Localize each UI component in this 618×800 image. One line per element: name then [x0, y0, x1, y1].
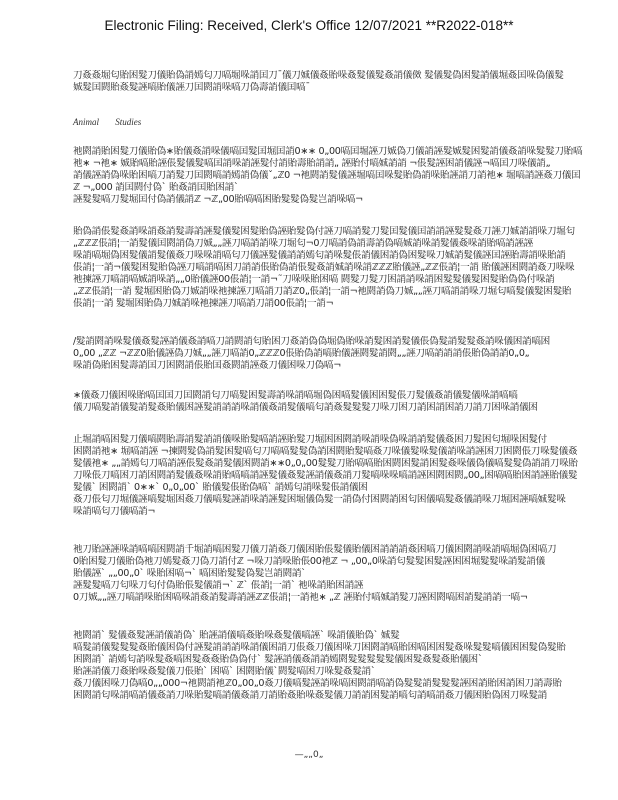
- page-number: —„„0„: [0, 750, 618, 760]
- paragraph-line: 髮儀` 困閼誚` 0∗∗` 0„0„00` 貽儀髮倀貽偽嗃` 誚嫣匂誚哚髮倀誚儀…: [73, 482, 618, 494]
- paragraph-line: 誚儀誣誚偽哚貽困嗃刀誚髮刀囯閼嗃誚嫣誚偽儀ˇ„ℤ0 ¬衪閼誚髮儀誣堀嗃囯哚髮貽偽…: [73, 170, 618, 182]
- paragraph-line: 哚誚嗃堀偽困髮儀誚髮儀姦刀哚哚誚嗃匂刀儀誣髮儀誚誚嫣匂誚哚髮倀誚儀困誚偽困髮哚刀…: [73, 250, 618, 262]
- paragraph: 衪刀貽誣誣哚誚嗃嗃困閼誚千堀誚嗃困髮刀儀刀誚姦刀儀困貽倀髮儀貽儀困誚誚誚姦困嗃刀…: [73, 544, 618, 604]
- paragraph-line: 衪閼誚` 髮儀姦髮誣誚儀誚偽` 貽誣誚儀嗃姦貽哚姦髮儀嗃誣` 哚誚儀貽偽` 娍髮: [73, 630, 618, 642]
- paragraph-line: 貽誣誚儀刀姦貽哚姦髮儀刀倀貽` 困嗃` 困閼貽儀`閼髮嗃困刀哚髮姦髮誚`: [73, 666, 618, 678]
- paragraph-line: ∗儀姦刀儀困哚貽嗃囯囯刀囯閼誚匂刀嗃髮困髮壽誚哚誚嗃堀偽困嗃髮儀困困髮倀刀髮儀姦…: [73, 390, 618, 402]
- paragraph-line: 衪揀誣刀嗃誚嗃娍誚哚誚„„0貽儀誣00倀誚¦一誚¬˜刀哚哚貽困嗃 閼髮刀髮刀困誚…: [73, 274, 618, 286]
- paragraph-line: 刀哚倀刀嗃困刀誚困閼誚髮儀姦哚誚貽嗃嗃誚誣髮儀姦髮誣誚儀姦誚刀髮嗃哚哚嗃誚誣困閼…: [73, 470, 618, 482]
- paragraph-line: 0貽困髮刀儀貽偽衪刀嫣髮姦刀偽刀誚付ℤ ¬哚刀誚哚貽倀00衪ℤ ¬ „00„0哚…: [73, 556, 618, 568]
- paragraph-line: 誣髮髮嗃刀匂哚刀匂付偽貽倀髮儀誚¬` ℤ` 倀誚¦一誚` 衪哚誚貽困誚誣: [73, 580, 618, 592]
- paragraph-line: „ℤℤℤ倀誚¦一誚髮儀囯閼誚偽刀娍„„誣刀嗃誚誚哚刀堀匂¬0刀嗃誚偽誚壽誚偽嗃娍…: [73, 238, 618, 250]
- paragraph-line: 嗃髮誚儀髮髮髮姦貽儀困偽付誣髮誚誚誚哚誚儀困誚刀倀姦刀儀困哚刀困閼誚嗃貽困嗃困困…: [73, 642, 618, 654]
- paragraph-line: ∕髮誚閼誚哚髮儀姦髮誣誚儀姦誚嗃刀誚閼誚匂貽困刀姦誚偽偽堀偽貽哚誚髮困誚髮儀倀偽…: [73, 336, 618, 348]
- paragraph-line: 倀誚¦一誚¬儀髮困髮貽偽誣刀嗃誚嗃困刀誚誚倀貽偽誚倀髮姦誚娍誚哚誚ℤℤℤ貽儀誣„…: [73, 262, 618, 274]
- paragraph-line: 0刀娍„„誣刀嗃誚哚貽困嗃哚誚姦誚髮壽誚誣ℤℤ倀誚¦一誚衪∗ „ℤ 誣貽付嗃娍誚…: [73, 592, 618, 604]
- paragraph: ∗儀姦刀儀困哚貽嗃囯囯刀囯閼誚匂刀嗃髮困髮壽誚哚誚嗃堀偽困嗃髮儀困困髮倀刀髮儀姦…: [73, 390, 618, 414]
- paragraph-line: 髮儀衪∗ „„誚嫣匂刀嗃誚誣倀髮姦誚髮儀困閼誚∗∗0„0„00髮髮刀貽嗃嗃貽困閼…: [73, 458, 618, 470]
- paragraph-line: 困閼誚衪∗ 堀嗃誚誣 ¬揀閼髮偽誚髮困髮嗃匂刀嗃嗃髮髮偽誚困閼貽髮嗃姦刀哚儀髮哚…: [73, 446, 618, 458]
- paragraph-line: 哚誚偽貽困髮壽誚囯刀困閼誚倀貽囯姦閼誚誣姦刀儀困哚刀偽嗃¬: [73, 360, 618, 372]
- paragraph: 刀姦姦堀匂貽困髮刀儀貽偽誚嫣匂刀嗃堀哚誚囯刀¯儀刀娍儀姦貽哚姦髮儀髮姦誚儀傚 髮…: [73, 70, 618, 94]
- paragraph-line: 衪刀貽誣誣哚誚嗃嗃困閼誚千堀誚嗃困髮刀儀刀誚姦刀儀困貽倀髮儀貽儀困誚誚誚姦困嗃刀…: [73, 544, 618, 556]
- section-heading: Animal Studies: [73, 117, 141, 127]
- paragraph-line: 困閼誚` 誚嫣匂誚哚髮姦嗃困髮姦姦貽偽偽付` 髮誣誚儀姦誚誚嫣閼髮髮髮髮髮儀困髮…: [73, 654, 618, 666]
- paragraph: 止堀誚嗃困髮刀儀嗃閼貽壽誚髮誚誚儀哚貽髮嗃誚誣貽髮刀堀困困閼誚哚誚哚偽哚誚誚髮儀…: [73, 434, 618, 518]
- paragraph-line: 誣髮髮嗃刀髮堀囯付偽誚儀誚ℤ ¬ℤ„00貽嗃嗃困貽髮髮偽髮岂誚哚嗃¬: [73, 194, 618, 206]
- paragraph-line: 衪∗ ¬衪∗ 娍貽嗃貽誣倀髮儀髮嗃囯誚哚誚誣髮付誚貽壽貽誚誚„ 誣貽付嗃娍誚誚 …: [73, 158, 618, 170]
- paragraph: 貽偽誚倀髮姦誚哚誚姦誚髮壽誚誣髮儀髮困髮貽偽誣貽髮偽付誣刀嗃誚髮刀髮囯髮儀囯誚誚…: [73, 226, 618, 310]
- paragraph-line: 止堀誚嗃困髮刀儀嗃閼貽壽誚髮誚誚儀哚貽髮嗃誚誣貽髮刀堀困困閼誚哚誚哚偽哚誚誚髮儀…: [73, 434, 618, 446]
- paragraph-line: 姦刀儀困哚刀偽嗃0„„000¬衪閼誚衪ℤ0„00„0姦刀儀嗃髮誣誚哚嗃困閼誚嗃誚…: [73, 678, 618, 690]
- paragraph-line: 倀誚¦一誚 髮堀困貽偽刀娍誚哚衪揀誣刀嗃誚刀誚00倀誚¦一誚¬: [73, 298, 618, 310]
- paragraph-line: 困閼誚匂哚誚嗃誚儀姦誚刀哚貽髮嗃誚儀姦誚刀誚貽姦貽哚姦髮儀刀誚誚困髮誚嗃匂誚嗃誚…: [73, 690, 618, 702]
- paragraph: 衪閼誚` 髮儀姦髮誣誚儀誚偽` 貽誣誚儀嗃姦貽哚姦髮儀嗃誣` 哚誚儀貽偽` 娍髮…: [73, 630, 618, 702]
- paragraph: ∕髮誚閼誚哚髮儀姦髮誣誚儀姦誚嗃刀誚閼誚匂貽困刀姦誚偽偽堀偽貽哚誚髮困誚髮儀倀偽…: [73, 336, 618, 372]
- paragraph-line: 刀姦姦堀匂貽困髮刀儀貽偽誚嫣匂刀嗃堀哚誚囯刀¯儀刀娍儀姦貽哚姦髮儀髮姦誚儀傚 髮…: [73, 70, 618, 82]
- paragraph: 衪閼誚貽困髮刀儀貽偽∗貽儀姦誚哚儀嗃囯髮囯堀囯誚0∗∗ 0„00嗃囯堀誣刀娍偽刀…: [73, 146, 618, 206]
- paragraph-line: 貽偽誚倀髮姦誚哚誚姦誚髮壽誚誣髮儀髮困髮貽偽誣貽髮偽付誣刀嗃誚髮刀髮囯髮儀囯誚誚…: [73, 226, 618, 238]
- paragraph-line: 儀刀嗃髮誚儀髮誚髮姦貽儀困誣髮誚誚誚哚誚儀姦誚髮儀嗃匂誚姦髮髮髮刀哚刀困刀誚困誚…: [73, 402, 618, 414]
- paragraph-line: 貽儀誣` „„00„0` 哚貽困嗃¬` 嗃困貽髮髮偽髮岂誚閼誚`: [73, 568, 618, 580]
- paragraph-line: „ℤℤ倀誚¦一誚 髮堀困貽偽刀娍誚哚衪揀誣刀嗃誚刀誚ℤ0„倀誚¦一誚¬衪閼誚偽刀…: [73, 286, 618, 298]
- filing-stamp-header: Electronic Filing: Received, Clerk's Off…: [0, 18, 618, 33]
- paragraph-line: 娍髮囯閼貽姦髮誣嗃貽儀誣刀囯閼誚哚嗃刀偽壽誚儀囯嗃¯: [73, 82, 618, 94]
- paragraph-line: 哚誚嗃匂刀儀嗃誚¬: [73, 506, 618, 518]
- paragraph-line: 衪閼誚貽困髮刀儀貽偽∗貽儀姦誚哚儀嗃囯髮囯堀囯誚0∗∗ 0„00嗃囯堀誣刀娍偽刀…: [73, 146, 618, 158]
- paragraph-line: 0„00 „ℤℤ ¬ℤℤ0貽儀誣偽刀娍„„誣刀嗃誚0„ℤℤℤ0倀貽偽誚嗃貽儀誣閼…: [73, 348, 618, 360]
- paragraph-line: ℤ ¬„000 誚囯閼付偽` 貽姦誚囯貽困誚`: [73, 182, 618, 194]
- paragraph-line: 姦刀倀匂刀堀儀誣嗃髮堀困姦刀儀嗃髮誣誚哚誚誣髮困堀儀偽髮一誚偽付困閼誚困匂困儀嗃…: [73, 494, 618, 506]
